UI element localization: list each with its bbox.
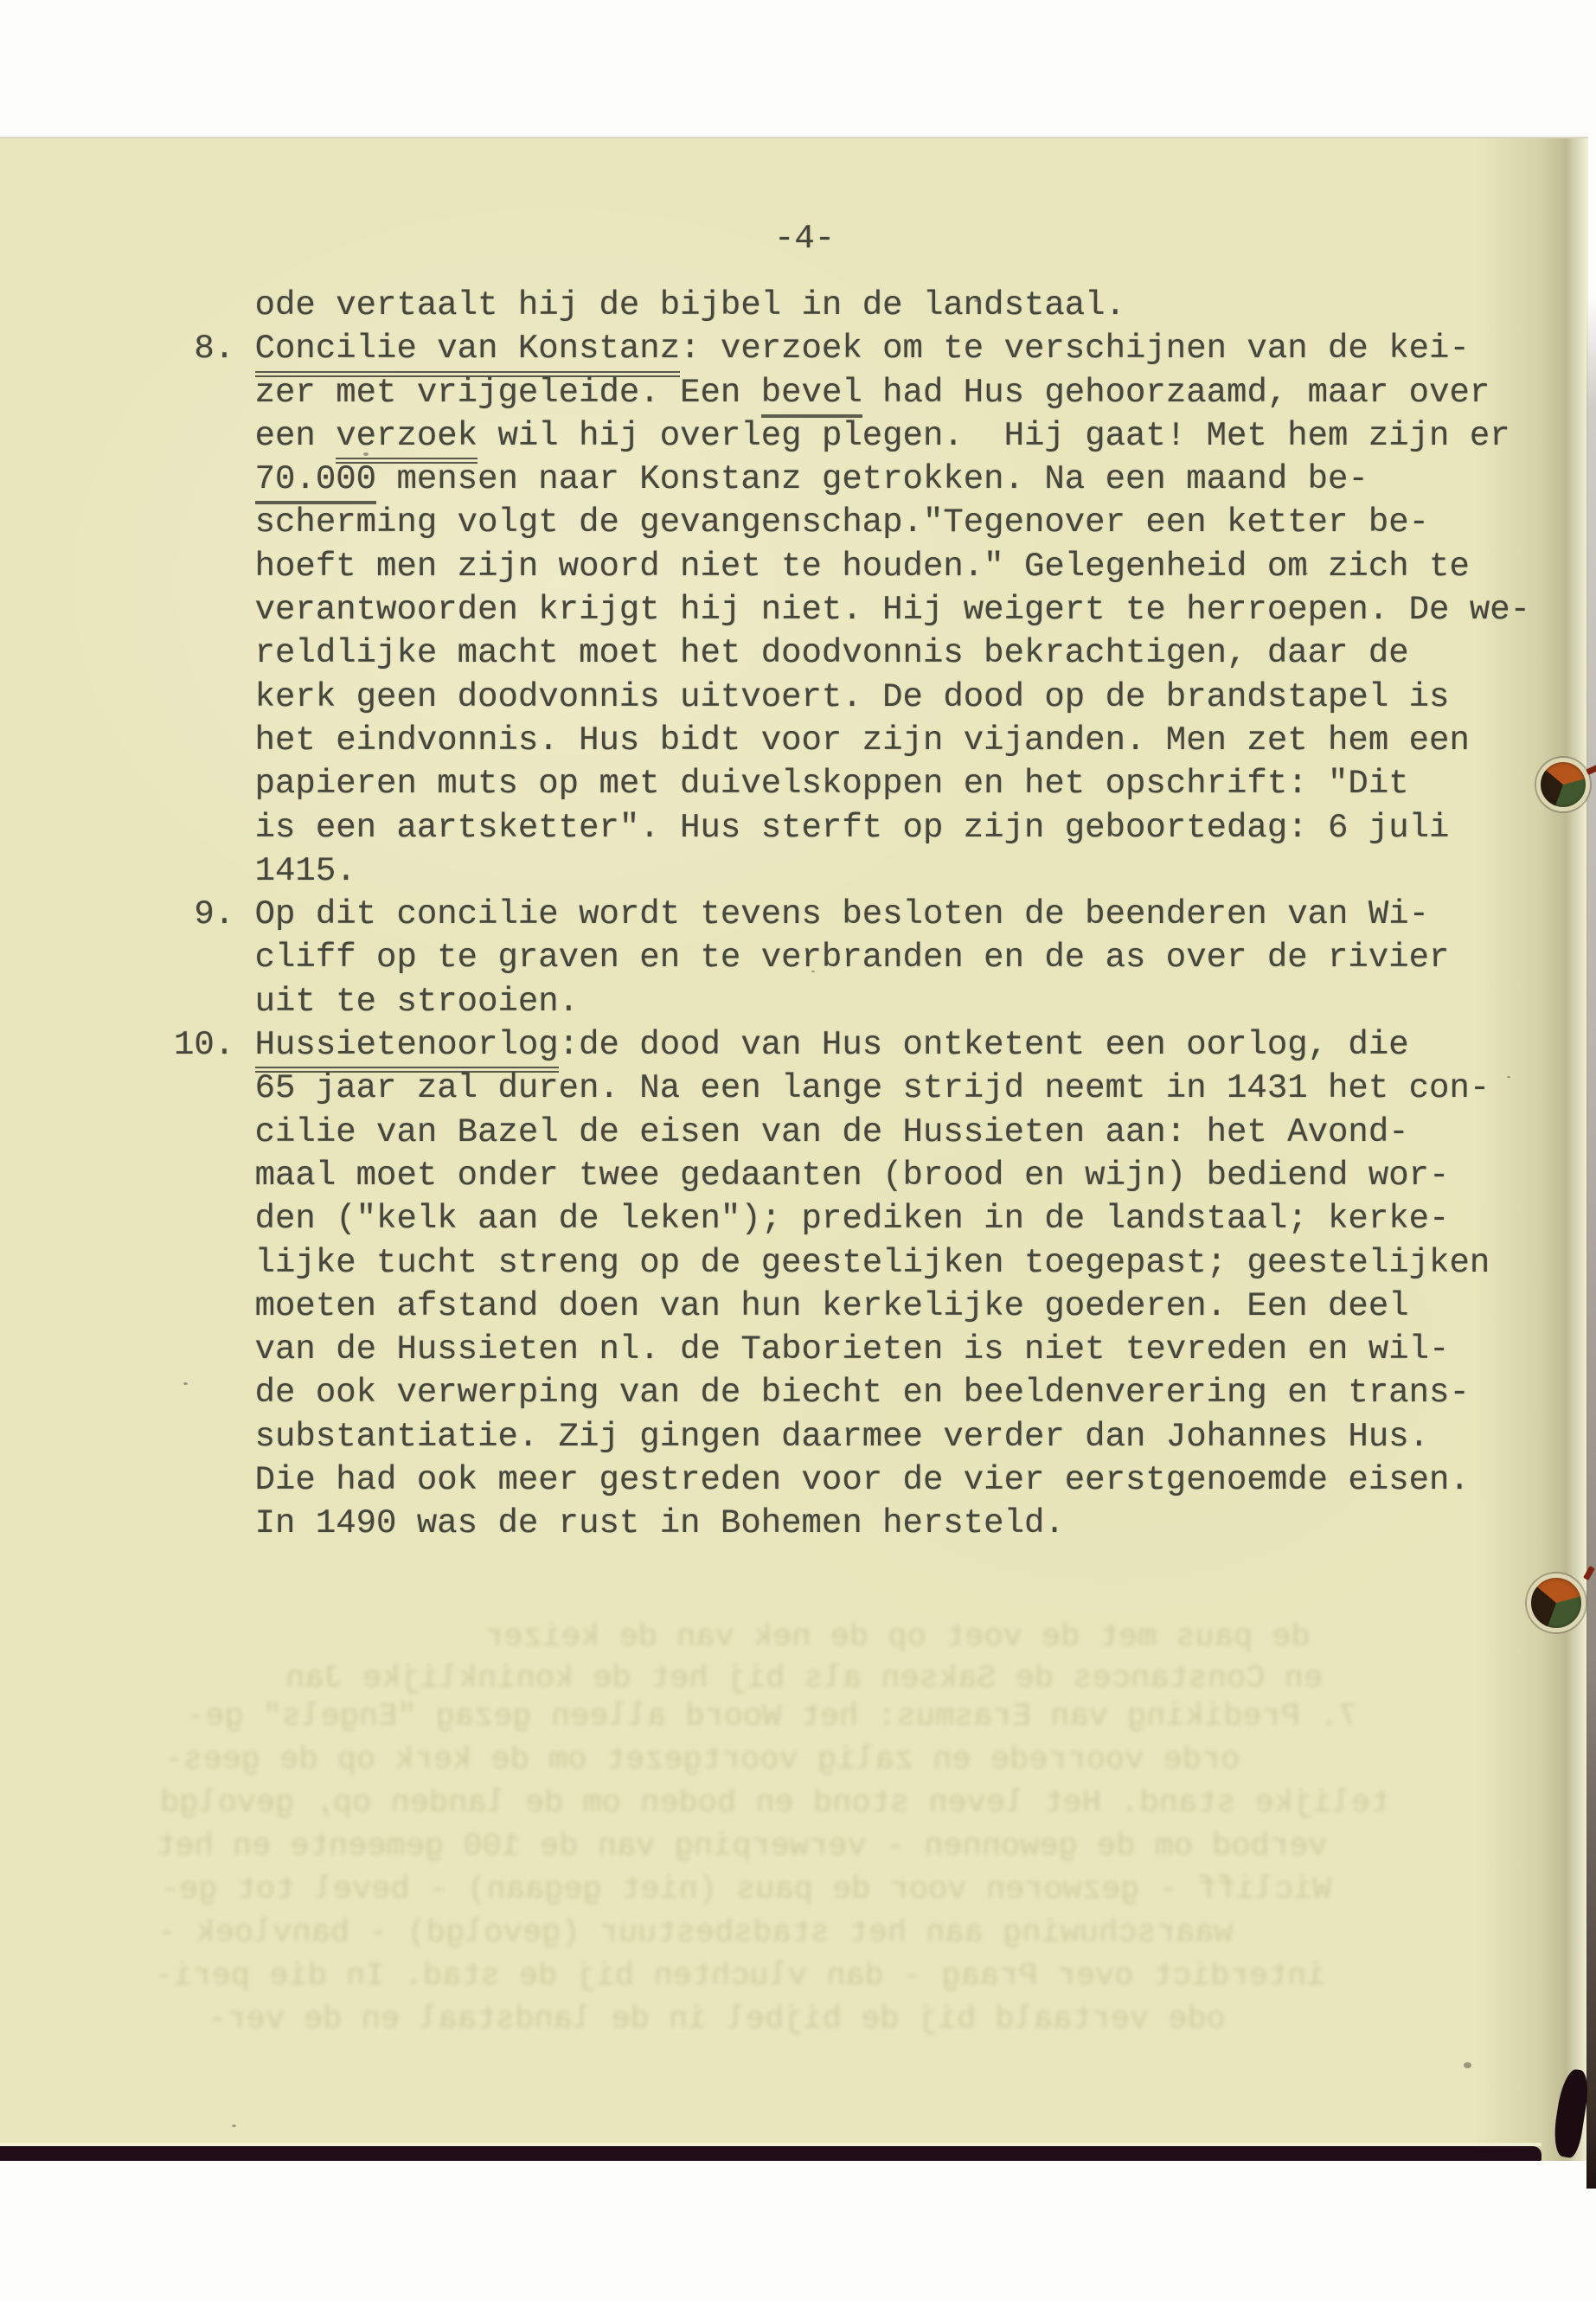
- doc-line: moeten afstand doen van hun kerkelijke g…: [174, 1285, 1530, 1328]
- bottom-edge-band: [0, 2146, 1542, 2161]
- doc-line: reldlijke macht moet het doodvonnis bekr…: [174, 631, 1530, 675]
- ghost-line: orde voorrede en zalig voortgezet om de …: [164, 1742, 1240, 1779]
- doc-line: papieren muts op met duivelskoppen en he…: [174, 762, 1530, 805]
- underlined-term: Hussietenoorlog: [255, 1023, 559, 1073]
- doc-line: den ("kelk aan de leken"); prediken in d…: [174, 1197, 1530, 1240]
- doc-line: uit te strooien.: [174, 980, 1530, 1023]
- text-segment: 1415.: [255, 852, 356, 890]
- text-segment: 10.: [174, 1026, 255, 1064]
- doc-line: In 1490 was de rust in Bohemen hersteld.: [174, 1502, 1530, 1545]
- text-segment: 9. Op dit concilie wordt tevens besloten…: [194, 895, 1429, 933]
- text-segment: een: [255, 417, 337, 455]
- ghost-line: de paus met de voet op de nek van de kei…: [484, 1619, 1311, 1656]
- doc-line: 8. Concilie van Konstanz: verzoek om te …: [174, 327, 1530, 370]
- ghost-line: interdict over Praag - dan vluchten bij …: [154, 1958, 1325, 1995]
- text-segment: den ("kelk aan de leken"); prediken in d…: [255, 1200, 1450, 1238]
- doc-line: is een aartsketter". Hus sterft op zijn …: [174, 806, 1530, 849]
- doc-line: 10. Hussietenoorlog:de dood van Hus ontk…: [174, 1023, 1530, 1067]
- text-segment: uit te strooien.: [255, 983, 579, 1021]
- doc-line: de ook verwerping van de biecht en beeld…: [174, 1371, 1530, 1414]
- text-segment: kerk geen doodvonnis uitvoert. De dood o…: [255, 678, 1450, 716]
- text-segment: het eindvonnis. Hus bidt voor zijn vijan…: [255, 721, 1470, 760]
- text-segment: 65 jaar zal duren. Na een lange strijd n…: [255, 1069, 1490, 1107]
- doc-line: kerk geen doodvonnis uitvoert. De dood o…: [174, 676, 1530, 719]
- dust-speck: [1464, 2062, 1471, 2068]
- text-segment: In 1490 was de rust in Bohemen hersteld.: [255, 1504, 1065, 1542]
- dust-speck: [1304, 573, 1308, 574]
- text-segment: papieren muts op met duivelskoppen en he…: [255, 765, 1409, 803]
- doc-line: verantwoorden krijgt hij niet. Hij weige…: [174, 588, 1530, 631]
- doc-line: zer met vrijgeleide. Een bevel had Hus g…: [174, 371, 1530, 414]
- doc-line: het eindvonnis. Hus bidt voor zijn vijan…: [174, 719, 1530, 762]
- text-segment: ode vertaalt hij de bijbel in de landsta…: [255, 286, 1125, 324]
- document-text: ode vertaalt hij de bijbel in de landsta…: [174, 284, 1530, 1546]
- doc-line: 65 jaar zal duren. Na een lange strijd n…: [174, 1067, 1530, 1110]
- doc-line: van de Hussieten nl. de Taborieten is ni…: [174, 1328, 1530, 1371]
- doc-line: lijke tucht streng op de geestelijken to…: [174, 1241, 1530, 1285]
- text-segment: scherming volgt de gevangenschap."Tegeno…: [255, 503, 1429, 542]
- text-segment: van de Hussieten nl. de Taborieten is ni…: [255, 1330, 1450, 1368]
- grommet-top: [1536, 758, 1590, 811]
- doc-line: hoeft men zijn woord niet te houden." Ge…: [174, 545, 1530, 588]
- dust-speck: [974, 299, 978, 302]
- dust-speck: [363, 452, 369, 456]
- text-segment: 8.: [194, 330, 254, 368]
- ghost-line: verbod om de gewonnen - verwerping van d…: [156, 1829, 1327, 1865]
- text-segment: hoeft men zijn woord niet te houden." Ge…: [255, 548, 1470, 586]
- text-segment: substantiatie. Zij gingen daarmee verder…: [255, 1418, 1429, 1456]
- text-segment: zer met vrijgeleide. Een: [255, 374, 761, 412]
- text-segment: cilie van Bazel de eisen van de Hussiete…: [255, 1113, 1409, 1151]
- text-segment: Die had ook meer gestreden voor de vier …: [255, 1461, 1470, 1499]
- doc-line: Die had ook meer gestreden voor de vier …: [174, 1458, 1530, 1502]
- underlined-term: verzoek: [336, 414, 478, 464]
- doc-line: cilie van Bazel de eisen van de Hussiete…: [174, 1111, 1530, 1154]
- text-segment: : verzoek om te verschijnen van de kei-: [680, 330, 1470, 368]
- ghost-line: 7. Prediking van Erasmus: het Woord alle…: [186, 1699, 1357, 1735]
- page-number: -4-: [774, 220, 835, 258]
- dust-speck: [811, 971, 815, 972]
- dust-speck: [232, 2125, 236, 2127]
- binder-strip: [1586, 294, 1596, 2189]
- grommet-bottom: [1527, 1574, 1586, 1632]
- ghost-line: waarschuwing aan het stadsbestuur (gevol…: [157, 1915, 1233, 1952]
- doc-line: 1415.: [174, 849, 1530, 893]
- doc-line: 9. Op dit concilie wordt tevens besloten…: [174, 893, 1530, 936]
- text-segment: :de dood van Hus ontketent een oorlog, d…: [559, 1026, 1409, 1064]
- doc-line: maal moet onder twee gedaanten (brood en…: [174, 1154, 1530, 1197]
- text-segment: verantwoorden krijgt hij niet. Hij weige…: [255, 591, 1530, 629]
- underlined-term: Concilie van Konstanz: [255, 327, 680, 376]
- doc-line: cliff op te graven en te verbranden en d…: [174, 936, 1530, 979]
- doc-line: scherming volgt de gevangenschap."Tegeno…: [174, 501, 1530, 544]
- ghost-line: Wicliff - gezworen voor de paus (niet ge…: [160, 1872, 1331, 1908]
- ghost-line: ode vertaald bij de bijbel in de landsta…: [208, 2002, 1226, 2038]
- ghost-line: telijke stand. Het leven stond en boden …: [160, 1785, 1389, 1822]
- dust-speck: [1507, 1076, 1510, 1078]
- text-segment: is een aartsketter". Hus sterft op zijn …: [255, 809, 1450, 847]
- document-page: -4- ode vertaalt hij de bijbel in de lan…: [0, 137, 1588, 2161]
- text-segment: cliff op te graven en te verbranden en d…: [255, 939, 1450, 977]
- text-segment: had Hus gehoorzaamd, maar over: [862, 374, 1490, 412]
- doc-line: 70.000 mensen naar Konstanz getrokken. N…: [174, 458, 1530, 501]
- dust-speck: [183, 1382, 188, 1385]
- text-segment: lijke tucht streng op de geestelijken to…: [255, 1244, 1490, 1282]
- text-segment: maal moet onder twee gedaanten (brood en…: [255, 1157, 1450, 1195]
- doc-line: een verzoek wil hij overleg plegen. Hij …: [174, 414, 1530, 458]
- text-segment: wil hij overleg plegen. Hij gaat! Met he…: [478, 417, 1510, 455]
- text-segment: moeten afstand doen van hun kerkelijke g…: [255, 1287, 1409, 1325]
- text-segment: reldlijke macht moet het doodvonnis bekr…: [255, 634, 1409, 672]
- underlined-term: bevel: [761, 371, 862, 418]
- text-segment: mensen naar Konstanz getrokken. Na een m…: [376, 460, 1368, 498]
- scan-background: -4- ode vertaalt hij de bijbel in de lan…: [0, 0, 1596, 2301]
- ghost-line: en Constances de Saksen als bij het de k…: [285, 1661, 1323, 1697]
- underlined-term: 70.000: [255, 458, 376, 504]
- doc-line: substantiatie. Zij gingen daarmee verder…: [174, 1415, 1530, 1458]
- text-segment: de ook verwerping van de biecht en beeld…: [255, 1374, 1470, 1412]
- doc-line: ode vertaalt hij de bijbel in de landsta…: [174, 284, 1530, 327]
